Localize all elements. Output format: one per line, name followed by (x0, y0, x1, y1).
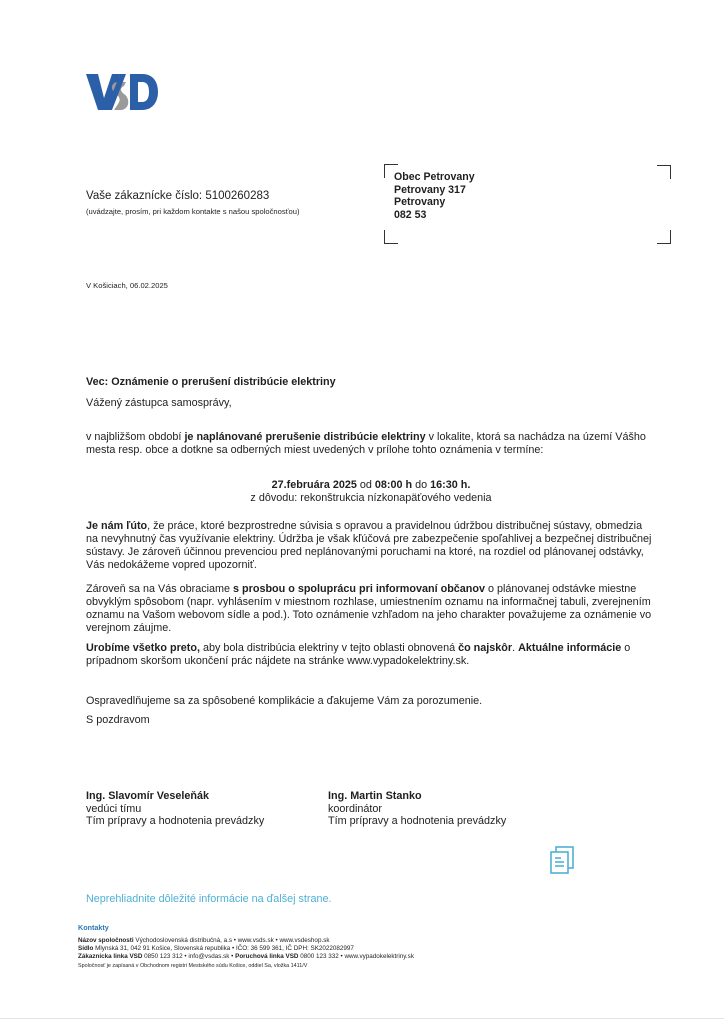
letter-subject: Vec: Oznámenie o prerušení distribúcie e… (86, 376, 336, 388)
emphasis: je naplánované prerušenie distribúcie el… (184, 431, 425, 443)
outage-end: 16:30 h. (430, 479, 470, 491)
outage-time: 27.februára 2025 od 08:00 h do 16:30 h. (86, 479, 656, 492)
paragraph-restoration: Urobíme všetko preto, aby bola distribúc… (86, 642, 656, 668)
signatory-name: Ing. Slavomír Veseleňák (86, 790, 264, 803)
text: , že práce, ktoré bezprostredne súvisia … (86, 520, 651, 571)
emphasis: Urobíme všetko preto, (86, 642, 200, 654)
page-edge (0, 1018, 724, 1019)
contact-text: Mlynská 31, 042 91 Košice, Slovenská rep… (93, 945, 354, 952)
signatory-1: Ing. Slavomír Veseleňák vedúci tímu Tím … (86, 790, 264, 828)
address-corner-top-right (657, 165, 671, 179)
recipient-line: 082 53 (394, 209, 475, 222)
contacts-block: Názov spoločnosti Východoslovenská distr… (78, 937, 638, 970)
address-corner-bottom-left (384, 230, 398, 244)
signatory-name: Ing. Martin Stanko (328, 790, 506, 803)
outage-date: 27.februára 2025 (272, 479, 357, 491)
closing-line: Ospravedlňujeme sa za spôsobené kompliká… (86, 695, 482, 707)
contact-label: Poruchová linka VSD (235, 953, 298, 960)
contact-text: Východoslovenská distribučná, a.s • www.… (134, 937, 330, 944)
signatory-role: koordinátor (328, 803, 506, 816)
contact-line: Sídlo Mlynská 31, 042 91 Košice, Slovens… (78, 945, 638, 953)
outage-details: 27.februára 2025 od 08:00 h do 16:30 h. … (86, 479, 656, 505)
signatory-team: Tím prípravy a hodnotenia prevádzky (86, 815, 264, 828)
letter-date: V Košiciach, 06.02.2025 (86, 281, 168, 290)
customer-number-note: (uvádzajte, prosím, pri každom kontakte … (86, 207, 299, 216)
signatory-role: vedúci tímu (86, 803, 264, 816)
contact-text: 0850 123 312 • info@vsdas.sk • (142, 953, 235, 960)
address-corner-bottom-right (657, 230, 671, 244)
vsd-logo (86, 72, 158, 112)
recipient-line: Obec Petrovany (394, 171, 475, 184)
emphasis: s prosbou o spoluprácu pri informovaní o… (233, 583, 485, 595)
text: Zároveň sa na Vás obraciame (86, 583, 233, 595)
text: od (357, 479, 375, 491)
registration-note: Spoločnosť je zapísaná v Obchodnom regis… (78, 962, 638, 970)
text: v najbližšom období (86, 431, 184, 443)
contact-label: Názov spoločnosti (78, 937, 134, 944)
text: aby bola distribúcia elektriny v tejto o… (200, 642, 458, 654)
contact-line: Zákaznícka linka VSD 0850 123 312 • info… (78, 953, 638, 961)
contact-label: Zákaznícka linka VSD (78, 953, 142, 960)
emphasis: čo najskôr (458, 642, 512, 654)
paragraph-cooperation: Zároveň sa na Vás obraciame s prosbou o … (86, 583, 656, 635)
outage-start: 08:00 h (375, 479, 412, 491)
paragraph-apology: Je nám ľúto, že práce, ktoré bezprostred… (86, 520, 656, 572)
signatory-team: Tím prípravy a hodnotenia prevádzky (328, 815, 506, 828)
outage-reason: z dôvodu: rekonštrukcia nízkonapäťového … (86, 492, 656, 505)
emphasis: Je nám ľúto (86, 520, 147, 532)
contact-line: Názov spoločnosti Východoslovenská distr… (78, 937, 638, 945)
paragraph-announcement: v najbližšom období je naplánované preru… (86, 431, 656, 457)
documents-icon (549, 846, 575, 874)
text: do (412, 479, 430, 491)
greeting: Vážený zástupca samosprávy, (86, 397, 232, 409)
contact-label: Sídlo (78, 945, 93, 952)
signatory-2: Ing. Martin Stanko koordinátor Tím prípr… (328, 790, 506, 828)
recipient-address: Obec Petrovany Petrovany 317 Petrovany 0… (394, 171, 475, 221)
regards: S pozdravom (86, 714, 150, 726)
next-page-notice: Neprehliadnite dôležité informácie na ďa… (86, 893, 332, 905)
contact-text: 0800 123 332 • www.vypadokelektriny.sk (298, 953, 414, 960)
contacts-title: Kontakty (78, 923, 109, 932)
recipient-line: Petrovany (394, 196, 475, 209)
emphasis: Aktuálne informácie (518, 642, 621, 654)
recipient-line: Petrovany 317 (394, 184, 475, 197)
customer-number: Vaše zákaznícke číslo: 5100260283 (86, 190, 269, 202)
